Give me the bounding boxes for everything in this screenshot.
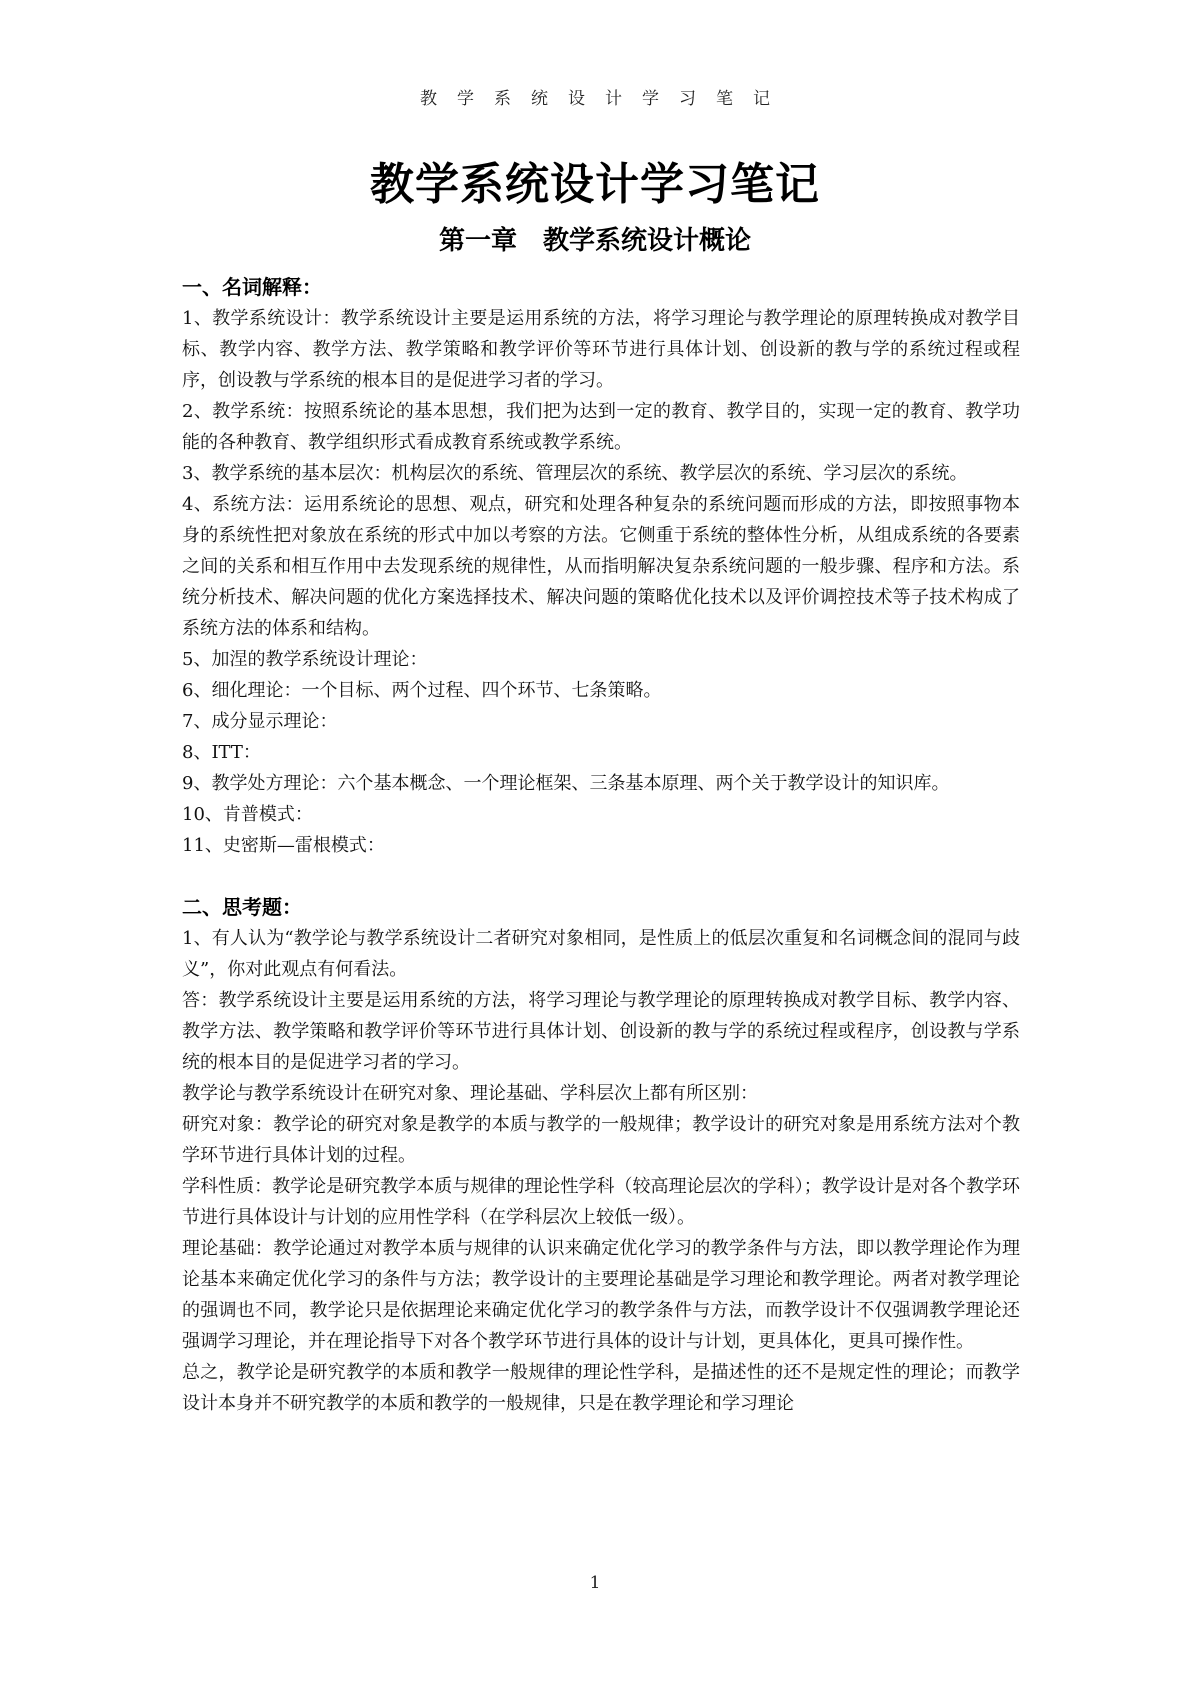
question-item: 1、有人认为“教学论与教学系统设计二者研究对象相同，是性质上的低层次重复和名词概… <box>182 923 1020 985</box>
definition-item: 2、教学系统：按照系统论的基本思想，我们把为达到一定的教育、教学目的，实现一定的… <box>182 396 1020 458</box>
answer-paragraph: 答：教学系统设计主要是运用系统的方法，将学习理论与教学理论的原理转换成对教学目标… <box>182 985 1020 1078</box>
definition-item: 8、ITT： <box>182 737 1020 768</box>
answer-paragraph: 研究对象：教学论的研究对象是教学的本质与教学的一般规律；教学设计的研究对象是用系… <box>182 1109 1020 1171</box>
answer-paragraph: 教学论与教学系统设计在研究对象、理论基础、学科层次上都有所区别： <box>182 1078 1020 1109</box>
section-spacer <box>182 861 1020 892</box>
section-heading-definitions: 一、名词解释： <box>182 272 1020 303</box>
answer-paragraph: 总之，教学论是研究教学的本质和教学一般规律的理论性学科，是描述性的还不是规定性的… <box>182 1357 1020 1419</box>
definition-item: 6、细化理论：一个目标、两个过程、四个环节、七条策略。 <box>182 675 1020 706</box>
definition-item: 11、史密斯—雷根模式： <box>182 830 1020 861</box>
definition-item: 10、肯普模式： <box>182 799 1020 830</box>
answer-paragraph: 学科性质：教学论是研究教学本质与规律的理论性学科（较高理论层次的学科）；教学设计… <box>182 1171 1020 1233</box>
chapter-title: 第一章 教学系统设计概论 <box>0 220 1190 257</box>
document-title: 教学系统设计学习笔记 <box>0 148 1190 212</box>
definition-item: 7、成分显示理论： <box>182 706 1020 737</box>
definition-item: 4、系统方法：运用系统论的思想、观点，研究和处理各种复杂的系统问题而形成的方法，… <box>182 489 1020 644</box>
definition-item: 3、教学系统的基本层次：机构层次的系统、管理层次的系统、教学层次的系统、学习层次… <box>182 458 1020 489</box>
definition-item: 1、教学系统设计：教学系统设计主要是运用系统的方法，将学习理论与教学理论的原理转… <box>182 303 1020 396</box>
running-header: 教学系统设计学习笔记 <box>0 84 1190 109</box>
page-number: 1 <box>0 1573 1190 1593</box>
definition-item: 9、教学处方理论：六个基本概念、一个理论框架、三条基本原理、两个关于教学设计的知… <box>182 768 1020 799</box>
answer-paragraph: 理论基础：教学论通过对教学本质与规律的认识来确定优化学习的教学条件与方法，即以教… <box>182 1233 1020 1357</box>
definition-item: 5、加涅的教学系统设计理论： <box>182 644 1020 675</box>
document-body: 一、名词解释： 1、教学系统设计：教学系统设计主要是运用系统的方法，将学习理论与… <box>182 272 1020 1419</box>
section-heading-questions: 二、思考题： <box>182 892 1020 923</box>
